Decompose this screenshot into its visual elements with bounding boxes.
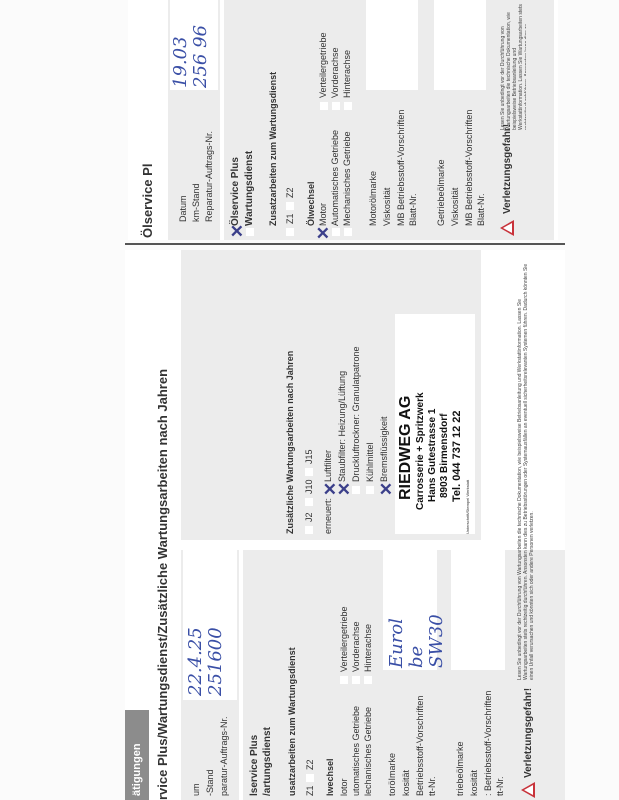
druckluft-checkbox[interactable] — [352, 486, 360, 494]
j2-checkbox[interactable] — [305, 526, 313, 534]
warning-triangle-icon — [521, 782, 535, 798]
z2-checkbox[interactable] — [306, 774, 314, 782]
datum-label: Datum — [178, 195, 188, 222]
stamp-line4: 8903 Birmensdorf — [439, 414, 450, 498]
z2-checkbox[interactable] — [286, 202, 294, 210]
zusatz-label: Zusatzarbeiten zum Wartungsdienst — [268, 72, 278, 226]
verteiler-checkbox[interactable] — [340, 676, 348, 684]
erneuert-label: erneuert: — [323, 498, 333, 534]
getriebeoel-field[interactable] — [451, 550, 505, 670]
j10-label: J10 — [304, 479, 314, 494]
vorderachse-checkbox[interactable] — [332, 102, 340, 110]
page-title: rvice Plus/Wartungsdienst/Zusätzliche Wa… — [155, 369, 170, 800]
mech-getriebe-label: Mechanisches Getriebe — [342, 131, 352, 226]
z1-label: Z1 — [305, 785, 315, 796]
mech-getriebe-checkbox[interactable] — [344, 228, 352, 236]
j2-label: J2 — [304, 512, 314, 522]
service-line1: Ölservice Plus — [230, 157, 241, 226]
z2-label: Z2 — [285, 187, 295, 198]
motoroel-visc-label: Viskosität — [382, 188, 392, 226]
luftfilter-label: Luftfilter — [323, 450, 333, 482]
getriebeoel-visc-label: kosität — [469, 770, 479, 796]
oelwechsel-label: lwechsel — [325, 758, 335, 796]
getriebeoel-blatt-label: Blatt-Nr. — [476, 193, 486, 226]
motor-label: lotor — [339, 778, 349, 796]
vorderachse-checkbox[interactable] — [352, 676, 360, 684]
km-label: km-Stand — [191, 183, 201, 222]
getriebeoel-mb-label: MB Betriebsstoff-Vorschriften — [464, 110, 474, 226]
motor-label: Motor — [318, 203, 328, 226]
auftrag-label: paratur-Auftrags-Nr. — [219, 716, 229, 796]
auto-getriebe-label: Automatisches Getriebe — [330, 130, 340, 226]
auto-getriebe-checkbox[interactable] — [332, 228, 340, 236]
warning-title: Verletzungsgefahr! — [523, 688, 534, 778]
datum-label: um — [191, 783, 201, 796]
yearly-title: Zusätzliche Wartungsarbeiten nach Jahren — [285, 351, 295, 534]
mech-getriebe-label: lechanisches Getriebe — [363, 707, 373, 796]
staubfilter-label: Staubfilter: Heizung/Lüftung — [337, 371, 347, 482]
motoroel-brand-label: toröImarke — [387, 753, 397, 796]
stamp-caption: Unterschrift/Stempel Werkstatt — [465, 480, 470, 534]
km-label: -Stand — [205, 769, 215, 796]
verteiler-label: Verteilergetriebe — [339, 606, 349, 672]
getriebeoel-brand-label: triebeölmarke — [455, 741, 465, 796]
service-line1: lservice Plus — [249, 735, 260, 796]
getriebeoel-blatt-label: tt-Nr. — [495, 777, 505, 797]
stamp-line3: Hans Gutestrasse 1 — [427, 409, 438, 502]
motoroel-blatt-label: tt-Nr. — [427, 777, 437, 797]
hinterachse-checkbox[interactable] — [344, 102, 352, 110]
z2-label: Z2 — [305, 759, 315, 770]
warning-text: Lesen Sie unbedingt vor der Durchführung… — [500, 0, 526, 130]
section-header: ätigungen — [131, 743, 143, 796]
motoroel-mb-label: Betriebsstoff-Vorschriften — [415, 696, 425, 796]
warning-triangle-icon — [500, 220, 514, 236]
bremsfluessigkeit-label: Bremsflüssigkeit — [379, 416, 389, 482]
z1-label: Z1 — [285, 213, 295, 224]
booklet-fold — [125, 243, 565, 245]
stamp-line5: Tel. 044 737 12 22 — [451, 410, 463, 502]
km-value: 256 96 — [190, 25, 211, 88]
vorderachse-label: Vorderachse — [330, 47, 340, 98]
vorderachse-label: Vorderachse — [351, 621, 361, 672]
auto-getriebe-label: utomatisches Getriebe — [351, 706, 361, 796]
motoroel-visc-label: kosität — [401, 770, 411, 796]
service-line2: Wartungsdienst — [244, 151, 255, 226]
kuehlmittel-checkbox[interactable] — [366, 486, 374, 494]
service-line2: /artungsdienst — [262, 727, 273, 796]
motoroel-mb-label: MB Betriebsstoff-Vorschriften — [396, 110, 406, 226]
left-page: ätigungen rvice Plus/Wartungsdienst/Zusä… — [125, 250, 565, 800]
getriebeoel-mb-label: : Betriebsstoff-Vorschriften — [483, 691, 493, 796]
motoroel-blatt-label: Blatt-Nr. — [408, 193, 418, 226]
right-page: Ölservice Pl Datum km-Stand Reparatur-Au… — [128, 0, 558, 240]
warning-text: Lesen Sie unbedingt vor der Durchführung… — [517, 260, 543, 680]
getriebeoel-visc-label: Viskosität — [450, 188, 460, 226]
getriebeoel-field[interactable] — [434, 0, 486, 90]
wartungsdienst-checkbox[interactable] — [246, 228, 254, 236]
warning-title: Verletzungsgefahr! — [502, 124, 513, 214]
j15-checkbox[interactable] — [305, 468, 313, 476]
j15-label: J15 — [304, 449, 314, 464]
page-title: Ölservice Pl — [140, 164, 155, 238]
getriebeoel-brand-label: Getriebeölmarke — [436, 159, 446, 226]
kuehlmittel-label: Kühlmittel — [365, 442, 375, 482]
verteiler-checkbox[interactable] — [320, 102, 328, 110]
druckluft-label: Druckluftrockner: Granulatpatrone — [351, 346, 361, 482]
stamp-line1: RIEDWEG AG — [397, 396, 415, 500]
hinterachse-checkbox[interactable] — [364, 676, 372, 684]
datum-value: 19.03 — [170, 36, 191, 88]
motor-check-mark[interactable]: ✕ — [314, 226, 334, 240]
auftrag-label: Reparatur-Auftrags-Nr. — [204, 131, 214, 222]
bremsfluessigkeit-check-mark[interactable]: ✕ — [377, 482, 397, 496]
motoroel-brand-label: Motorölmarke — [368, 171, 378, 226]
j10-checkbox[interactable] — [305, 498, 313, 506]
verteiler-label: Verteilergetriebe — [318, 32, 328, 98]
oelwechsel-label: Ölwechsel — [306, 181, 316, 226]
motoroel-field[interactable] — [366, 0, 418, 90]
stamp-line2: Carrosserie + Spritzwerk — [415, 392, 426, 510]
hinterachse-label: Hinterachse — [363, 624, 373, 672]
km-value: 251600 — [205, 627, 226, 696]
z1-checkbox[interactable] — [286, 228, 294, 236]
motoroel-handwritten: Eurol be SW30 — [387, 598, 447, 668]
zusatz-label: usatzarbeiten zum Wartungsdienst — [287, 647, 297, 796]
datum-value: 22.4.25 — [185, 627, 206, 696]
hinterachse-label: Hinterachse — [342, 50, 352, 98]
